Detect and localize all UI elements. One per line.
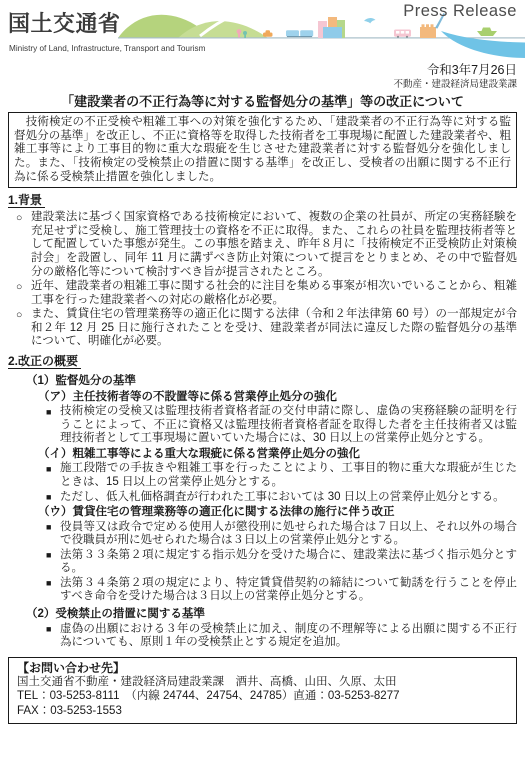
- item-heading-i: （イ）粗雑工事等による重大な瑕疵に係る営業停止処分の強化: [38, 448, 525, 462]
- square-bullet-icon: ■: [46, 549, 60, 576]
- ministry-logo-english: Ministry of Land, Infrastructure, Transp…: [9, 44, 205, 54]
- contact-box: 【お問い合わせ先】 国土交通省不動産・建設経済局建設業課 酒井、高橋、山田、久原…: [8, 657, 517, 724]
- summary-text: 技術検定の不正受検や粗雑工事への対策を強化するため、「建設業者の不正行為等に対す…: [14, 116, 511, 184]
- subsection-heading-exam-ban: （2）受検禁止の措置に関する基準: [26, 608, 525, 622]
- press-release-label: Press Release: [403, 2, 517, 21]
- document-title: 「建設業者の不正行為等に対する監督処分の基準」等の改正について: [0, 94, 525, 109]
- list-item: ○ また、賃貸住宅の管理業務等の適正化に関する法律（令和２年法律第 60 号）の…: [16, 308, 517, 349]
- item-a-bullet-list: ■ 技術検定の受検又は監理技術者資格者証の交付申請に際し、虚偽の実務経験の証明を…: [46, 405, 517, 446]
- item-c-bullet-list: ■ 役員等又は政令で定める使用人が懲役刑に処せられた場合は７日以上、それ以外の場…: [46, 521, 517, 604]
- contact-heading: 【お問い合わせ先】: [17, 661, 508, 675]
- square-bullet-icon: ■: [46, 521, 60, 548]
- background-bullet-list: ○ 建設業法に基づく国家資格である技術検定において、複数の企業の社員が、所定の実…: [16, 211, 517, 349]
- list-item: ■ ただし、低入札価格調査が行われた工事においては 30 日以上の営業停止処分と…: [46, 491, 517, 505]
- bullet-text: 役員等又は政令で定める使用人が懲役刑に処せられた場合は７日以上、それ以外の場合で…: [60, 521, 517, 548]
- bullet-text: また、賃貸住宅の管理業務等の適正化に関する法律（令和２年法律第 60 号）の一部…: [31, 308, 517, 349]
- square-bullet-icon: ■: [46, 577, 60, 604]
- bird-icon: [364, 18, 376, 23]
- car-icon: [263, 30, 273, 36]
- square-bullet-icon: ■: [46, 491, 60, 505]
- item-heading-u: （ウ）賃貸住宅の管理業務等の適正化に関する法律の施行に伴う改正: [38, 506, 525, 520]
- square-bullet-icon: ■: [46, 462, 60, 489]
- list-item: ■ 役員等又は政令で定める使用人が懲役刑に処せられた場合は７日以上、それ以外の場…: [46, 521, 517, 548]
- circle-bullet-icon: ○: [16, 308, 31, 349]
- list-item: ○ 近年、建設業者の粗雑工事に関する社会的に注目を集める事案が相次いでいることか…: [16, 280, 517, 307]
- ministry-logo-japanese: 国土交通省: [8, 11, 121, 37]
- section-overview: 2.改正の概要 （1）監督処分の基準 （ア）主任技術者等の不設置等に係る営業停止…: [0, 349, 525, 650]
- boat-icon: [477, 28, 497, 37]
- release-date: 令和3年7月26日: [0, 63, 517, 78]
- summary-box: 技術検定の不正受検や粗雑工事への対策を強化するため、「建設業者の不正行為等に対す…: [8, 112, 517, 188]
- square-bullet-icon: ■: [46, 623, 60, 650]
- subsection-heading-supervisory: （1）監督処分の基準: [26, 375, 525, 389]
- bus-icon: [394, 30, 411, 38]
- list-item: ■ 法第３３条第２項に規定する指示処分を受けた場合に、建設業法に基づく指示処分と…: [46, 549, 517, 576]
- train-icon: [286, 30, 313, 37]
- contact-fax: FAX：03-5253-1553: [17, 705, 508, 719]
- item-b-bullet-list: ■ 施工段階での手抜きや粗雑工事を行ったことにより、工事目的物に重大な瑕疵が生じ…: [46, 462, 517, 504]
- contact-telephone: TEL：03-5253-8111 （内線 24744、24754、24785）直…: [17, 690, 508, 704]
- square-bullet-icon: ■: [46, 405, 60, 446]
- issuing-department: 不動産・建設経済局建設業課: [0, 79, 517, 90]
- header-banner: Press Release 国土交通省 Ministry of Land, In…: [0, 0, 525, 60]
- bullet-text: 虚偽の出願における３年の受検禁止に加え、制度の不理解等による出願に関する不正行為…: [60, 623, 517, 650]
- contact-department-staff: 国土交通省不動産・建設経済局建設業課 酒井、高橋、山田、久原、太田: [17, 676, 508, 690]
- date-block: 令和3年7月26日 不動産・建設経済局建設業課: [0, 63, 525, 90]
- bullet-text: 技術検定の受検又は監理技術者資格者証の交付申請に際し、虚偽の実務経験の証明を行う…: [60, 405, 517, 446]
- bullet-text: 法第３３条第２項に規定する指示処分を受けた場合に、建設業法に基づく指示処分とする…: [60, 549, 517, 576]
- sub2-bullet-list: ■ 虚偽の出願における３年の受検禁止に加え、制度の不理解等による出願に関する不正…: [46, 623, 517, 650]
- bullet-text: ただし、低入札価格調査が行われた工事においては 30 日以上の営業停止処分とする…: [60, 491, 517, 505]
- bullet-text: 施工段階での手抜きや粗雑工事を行ったことにより、工事目的物に重大な瑕疵が生じたと…: [60, 462, 517, 489]
- circle-bullet-icon: ○: [16, 280, 31, 307]
- bullet-text: 建設業法に基づく国家資格である技術検定において、複数の企業の社員が、所定の実務経…: [31, 211, 517, 279]
- bullet-text: 近年、建設業者の粗雑工事に関する社会的に注目を集める事案が相次いでいることから、…: [31, 280, 517, 307]
- item-heading-a: （ア）主任技術者等の不設置等に係る営業停止処分の強化: [38, 391, 525, 405]
- section-heading-background: 1.背景: [8, 193, 45, 208]
- section-background: 1.背景 ○ 建設業法に基づく国家資格である技術検定において、複数の企業の社員が…: [0, 188, 525, 349]
- press-release-page: { "header": { "press_release": "Press Re…: [0, 0, 525, 782]
- section-heading-overview: 2.改正の概要: [8, 354, 81, 369]
- list-item: ○ 建設業法に基づく国家資格である技術検定において、複数の企業の社員が、所定の実…: [16, 211, 517, 279]
- list-item: ■ 技術検定の受検又は監理技術者資格者証の交付申請に際し、虚偽の実務経験の証明を…: [46, 405, 517, 446]
- bullet-text: 法第３４条第２項の規定により、特定賃貸借契約の締結について勧誘を行うことを停止す…: [60, 577, 517, 604]
- list-item: ■ 施工段階での手抜きや粗雑工事を行ったことにより、工事目的物に重大な瑕疵が生じ…: [46, 462, 517, 489]
- circle-bullet-icon: ○: [16, 211, 31, 279]
- buildings-icon: [318, 17, 345, 38]
- list-item: ■ 法第３４条第２項の規定により、特定賃貸借契約の締結について勧誘を行うことを停…: [46, 577, 517, 604]
- list-item: ■ 虚偽の出願における３年の受検禁止に加え、制度の不理解等による出願に関する不正…: [46, 623, 517, 650]
